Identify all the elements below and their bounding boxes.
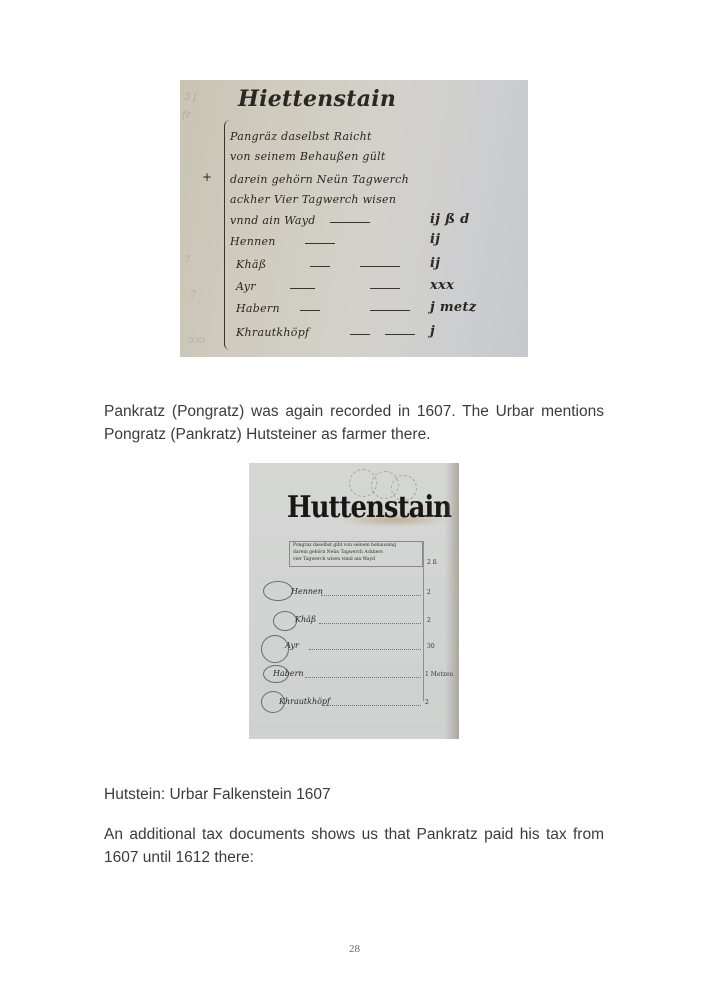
dash-line [350, 334, 370, 335]
manuscript-item: Hennen [291, 587, 323, 596]
bleed-through-text: 3 ʃ [184, 92, 196, 103]
dotted-line [305, 677, 421, 678]
image-caption: Hutstein: Urbar Falkenstein 1607 [104, 785, 331, 805]
dash-line [330, 222, 370, 223]
manuscript-value: 2 [427, 589, 431, 596]
manuscript-line: darein gehörn Neün Tagwerch [230, 173, 409, 186]
manuscript-item: Khäß [236, 258, 266, 271]
flourish [273, 611, 297, 631]
manuscript-item: Khäß [295, 615, 316, 624]
manuscript-heading: Huttenstain [287, 491, 451, 526]
manuscript-value: xxx [430, 278, 454, 293]
manuscript-item: Khrautkhöpf [236, 326, 309, 339]
manuscript-value: ij [430, 232, 440, 247]
dotted-line [309, 649, 421, 650]
manuscript-item: Habern [273, 669, 304, 678]
manuscript-image-hiettenstain: 3 ʃ fr 7 7 ɔɔɔ Hiettenstain Pangräz dase… [180, 80, 528, 357]
manuscript-value: ij [430, 256, 440, 271]
bleed-through-text: 7 [190, 290, 196, 301]
manuscript-value: j metz [430, 300, 476, 315]
manuscript-value: 2 [425, 699, 429, 706]
page-edge-shadow [445, 463, 459, 739]
margin-mark: + [202, 170, 212, 184]
manuscript-item: Habern [236, 302, 280, 315]
flourish [263, 581, 293, 601]
manuscript-line: ackher Vier Tagwerch wisen [230, 193, 396, 206]
manuscript-line: von seinem Behaußen gült [230, 150, 386, 163]
bleed-through-text: ɔɔɔ [188, 335, 205, 346]
manuscript-value: ij ß d [430, 212, 469, 227]
manuscript-rule [423, 541, 424, 701]
dash-line [385, 334, 415, 335]
manuscript-line: darein gehörn Neün Tagwerch Ackhers [293, 550, 383, 555]
dash-line [300, 310, 320, 311]
manuscript-heading: Hiettenstain [238, 86, 396, 112]
manuscript-line: vnnd ain Wayd [230, 214, 316, 227]
bleed-through-text: fr [182, 110, 190, 121]
document-page: 3 ʃ fr 7 7 ɔɔɔ Hiettenstain Pangräz dase… [0, 0, 709, 992]
dash-line [305, 243, 335, 244]
dotted-line [323, 705, 421, 706]
manuscript-value: 2 ß [427, 559, 437, 566]
dash-line [290, 288, 315, 289]
paragraph-2: An additional tax documents shows us tha… [104, 823, 604, 869]
dash-line [370, 288, 400, 289]
manuscript-item: Hennen [230, 235, 276, 248]
page-number: 28 [0, 943, 709, 955]
manuscript-item: Ayr [236, 280, 256, 293]
dotted-line [321, 595, 421, 596]
manuscript-value: j [430, 324, 435, 339]
dotted-line [319, 623, 421, 624]
bleed-through-text: 7 [184, 255, 190, 266]
manuscript-image-hutstain: Huttenstain Pongraz daselbst gibt von se… [249, 463, 459, 739]
manuscript-value: 2 [427, 617, 431, 624]
manuscript-item: Ayr [285, 641, 299, 650]
paragraph-1: Pankratz (Pongratz) was again recorded i… [104, 400, 604, 446]
dash-line [360, 266, 400, 267]
manuscript-value: 30 [427, 643, 435, 650]
manuscript-line: vier Tagwerch wisen vnnd ain Wayd [293, 557, 375, 562]
manuscript-line: Pangräz daselbst Raicht [230, 130, 372, 143]
dash-line [310, 266, 330, 267]
dash-line [370, 310, 410, 311]
manuscript-line: Pongraz daselbst gibt von seinem behausu… [293, 543, 396, 548]
